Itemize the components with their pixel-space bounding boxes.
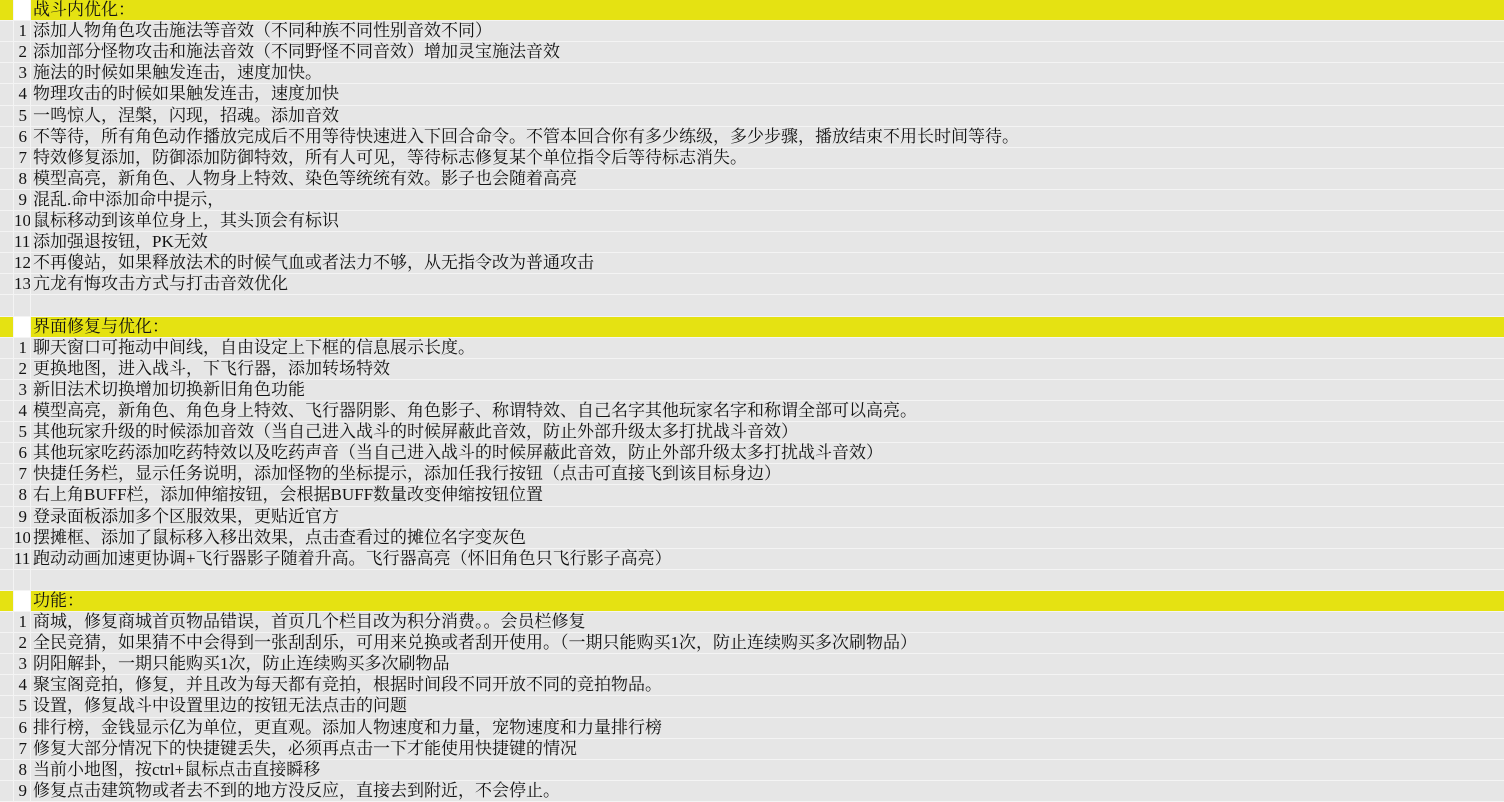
cell-content[interactable]: 物理攻击的时候如果触发连击，速度加快 [31, 84, 1504, 104]
empty-row [0, 295, 1504, 316]
sheet-row: 6 排行榜，金钱显示亿为单位，更直观。添加人物速度和力量，宠物速度和力量排行榜 [0, 718, 1504, 739]
row-number-cell[interactable]: 4 [14, 675, 31, 695]
row-number-cell[interactable]: 10 [14, 211, 31, 231]
cell-content[interactable] [31, 295, 1504, 315]
row-left-margin-cell[interactable] [0, 84, 14, 104]
row-number-cell[interactable]: 3 [14, 380, 31, 400]
sheet-row: 10 鼠标移动到该单位身上，其头顶会有标识 [0, 211, 1504, 232]
sheet-row: 7 特效修复添加，防御添加防御特效，所有人可见，等待标志修复某个单位指令后等待标… [0, 148, 1504, 169]
row-left-margin-cell[interactable] [0, 253, 14, 273]
sheet-row: 2 添加部分怪物攻击和施法音效（不同野怪不同音效）增加灵宝施法音效 [0, 42, 1504, 63]
row-number-cell[interactable]: 5 [14, 422, 31, 442]
row-left-margin-cell[interactable] [0, 739, 14, 759]
sheet-row: 5 设置，修复战斗中设置里边的按钮无法点击的问题 [0, 696, 1504, 717]
section-header-cell[interactable]: 功能： [31, 591, 1504, 611]
row-left-margin-cell[interactable] [0, 760, 14, 780]
row-left-margin-cell[interactable] [0, 0, 14, 20]
row-number-cell[interactable]: 6 [14, 127, 31, 147]
sheet-row: 2 全民竞猜，如果猜不中会得到一张刮刮乐，可用来兑换或者刮开使用。（一期只能购买… [0, 633, 1504, 654]
cell-content[interactable]: 添加部分怪物攻击和施法音效（不同野怪不同音效）增加灵宝施法音效 [31, 42, 1504, 62]
row-number-cell[interactable]: 1 [14, 338, 31, 358]
row-left-margin-cell[interactable] [0, 633, 14, 653]
row-left-margin-cell[interactable] [0, 591, 14, 611]
row-number-cell[interactable]: 4 [14, 401, 31, 421]
row-number-cell[interactable] [14, 317, 31, 337]
row-left-margin-cell[interactable] [0, 675, 14, 695]
row-left-margin-cell[interactable] [0, 507, 14, 527]
row-number-cell[interactable]: 10 [14, 528, 31, 548]
cell-content[interactable]: 鼠标移动到该单位身上，其头顶会有标识 [31, 211, 1504, 231]
row-number-cell[interactable] [14, 295, 31, 315]
row-left-margin-cell[interactable] [0, 696, 14, 716]
cell-content[interactable]: 不等待，所有角色动作播放完成后不用等待快速进入下回合命令。不管本回合你有多少练级… [31, 127, 1504, 147]
cell-content[interactable]: 修复大部分情况下的快捷键丢失，必须再点击一下才能使用快捷键的情况 [31, 739, 1504, 759]
cell-content[interactable]: 阴阳解卦，一期只能购买1次，防止连续购买多次刷物品 [31, 654, 1504, 674]
row-number-cell[interactable]: 5 [14, 696, 31, 716]
row-number-cell[interactable]: 11 [14, 549, 31, 569]
row-number-cell[interactable]: 3 [14, 654, 31, 674]
row-number-cell[interactable]: 2 [14, 359, 31, 379]
sheet-row: 1 商城，修复商城首页物品错误，首页几个栏目改为积分消费。。会员栏修复 [0, 612, 1504, 633]
row-number-cell[interactable]: 1 [14, 612, 31, 632]
row-number-cell[interactable]: 8 [14, 485, 31, 505]
row-number-cell[interactable]: 11 [14, 232, 31, 252]
row-left-margin-cell[interactable] [0, 169, 14, 189]
row-left-margin-cell[interactable] [0, 718, 14, 738]
row-left-margin-cell[interactable] [0, 211, 14, 231]
cell-content[interactable]: 亢龙有悔攻击方式与打击音效优化 [31, 274, 1504, 294]
cell-content[interactable]: 不再傻站，如果释放法术的时候气血或者法力不够，从无指令改为普通攻击 [31, 253, 1504, 273]
section-header-cell[interactable]: 界面修复与优化： [31, 317, 1504, 337]
cell-content[interactable]: 添加强退按钮，PK无效 [31, 232, 1504, 252]
row-left-margin-cell[interactable] [0, 359, 14, 379]
sheet-row: 13 亢龙有悔攻击方式与打击音效优化 [0, 274, 1504, 295]
sheet-row: 7 快捷任务栏，显示任务说明，添加怪物的坐标提示，添加任我行按钮（点击可直接飞到… [0, 464, 1504, 485]
sheet-row: 12 不再傻站，如果释放法术的时候气血或者法力不够，从无指令改为普通攻击 [0, 253, 1504, 274]
row-left-margin-cell[interactable] [0, 232, 14, 252]
sheet-row: 4 模型高亮，新角色、角色身上特效、飞行器阴影、角色影子、称谓特效、自己名字其他… [0, 401, 1504, 422]
sheet-row: 1 添加人物角色攻击施法等音效（不同种族不同性别音效不同） [0, 21, 1504, 42]
row-number-cell[interactable]: 6 [14, 718, 31, 738]
cell-content[interactable]: 其他玩家升级的时候添加音效（当自己进入战斗的时候屏蔽此音效，防止外部升级太多打扰… [31, 422, 1504, 442]
sheet-row: 9 修复点击建筑物或者去不到的地方没反应，直接去到附近，不会停止。 [0, 781, 1504, 802]
cell-content[interactable]: 添加人物角色攻击施法等音效（不同种族不同性别音效不同） [31, 21, 1504, 41]
cell-content[interactable]: 登录面板添加多个区服效果，更贴近官方 [31, 507, 1504, 527]
section-header-row: 界面修复与优化： [0, 317, 1504, 338]
sheet-row: 8 模型高亮，新角色、人物身上特效、染色等统统有效。影子也会随着高亮 [0, 169, 1504, 190]
row-left-margin-cell[interactable] [0, 190, 14, 210]
row-left-margin-cell[interactable] [0, 106, 14, 126]
cell-content[interactable]: 施法的时候如果触发连击，速度加快。 [31, 63, 1504, 83]
row-left-margin-cell[interactable] [0, 485, 14, 505]
row-number-cell[interactable]: 5 [14, 106, 31, 126]
row-number-cell[interactable]: 12 [14, 253, 31, 273]
row-left-margin-cell[interactable] [0, 295, 14, 315]
sheet-row: 3 新旧法术切换增加切换新旧角色功能 [0, 380, 1504, 401]
spreadsheet: 战斗内优化： 1 添加人物角色攻击施法等音效（不同种族不同性别音效不同） 2 添… [0, 0, 1504, 802]
row-number-cell[interactable]: 6 [14, 443, 31, 463]
section-header-row: 战斗内优化： [0, 0, 1504, 21]
row-number-cell[interactable] [14, 570, 31, 590]
row-left-margin-cell[interactable] [0, 127, 14, 147]
cell-content[interactable]: 更换地图，进入战斗，下飞行器，添加转场特效 [31, 359, 1504, 379]
row-left-margin-cell[interactable] [0, 338, 14, 358]
cell-content[interactable]: 新旧法术切换增加切换新旧角色功能 [31, 380, 1504, 400]
sheet-row: 7 修复大部分情况下的快捷键丢失，必须再点击一下才能使用快捷键的情况 [0, 739, 1504, 760]
row-left-margin-cell[interactable] [0, 528, 14, 548]
cell-content[interactable]: 跑动动画加速更协调+飞行器影子随着升高。飞行器高亮（怀旧角色只飞行影子高亮） [31, 549, 1504, 569]
row-left-margin-cell[interactable] [0, 274, 14, 294]
cell-content[interactable]: 特效修复添加，防御添加防御特效，所有人可见，等待标志修复某个单位指令后等待标志消… [31, 148, 1504, 168]
row-number-cell[interactable]: 13 [14, 274, 31, 294]
cell-content[interactable]: 全民竞猜，如果猜不中会得到一张刮刮乐，可用来兑换或者刮开使用。（一期只能购买1次… [31, 633, 1504, 653]
row-number-cell[interactable]: 9 [14, 507, 31, 527]
row-left-margin-cell[interactable] [0, 654, 14, 674]
section-header-cell[interactable]: 战斗内优化： [31, 0, 1504, 20]
row-number-cell[interactable] [14, 0, 31, 20]
sheet-row: 2 更换地图，进入战斗，下飞行器，添加转场特效 [0, 359, 1504, 380]
row-number-cell[interactable]: 8 [14, 760, 31, 780]
cell-content[interactable]: 设置，修复战斗中设置里边的按钮无法点击的问题 [31, 696, 1504, 716]
row-number-cell[interactable]: 9 [14, 781, 31, 801]
sheet-row: 11 跑动动画加速更协调+飞行器影子随着升高。飞行器高亮（怀旧角色只飞行影子高亮… [0, 549, 1504, 570]
row-left-margin-cell[interactable] [0, 781, 14, 801]
sheet-row: 11 添加强退按钮，PK无效 [0, 232, 1504, 253]
empty-row [0, 570, 1504, 591]
cell-content[interactable]: 排行榜，金钱显示亿为单位，更直观。添加人物速度和力量，宠物速度和力量排行榜 [31, 718, 1504, 738]
row-number-cell[interactable]: 4 [14, 84, 31, 104]
row-left-margin-cell[interactable] [0, 401, 14, 421]
row-number-cell[interactable]: 3 [14, 63, 31, 83]
section-header-row: 功能： [0, 591, 1504, 612]
sheet-row: 8 当前小地图，按ctrl+鼠标点击直接瞬移 [0, 760, 1504, 781]
sheet-row: 9 登录面板添加多个区服效果，更贴近官方 [0, 507, 1504, 528]
cell-content[interactable]: 当前小地图，按ctrl+鼠标点击直接瞬移 [31, 760, 1504, 780]
row-left-margin-cell[interactable] [0, 422, 14, 442]
row-number-cell[interactable]: 2 [14, 633, 31, 653]
cell-content[interactable]: 聚宝阁竞拍，修复，并且改为每天都有竞拍，根据时间段不同开放不同的竞拍物品。 [31, 675, 1504, 695]
sheet-row: 5 其他玩家升级的时候添加音效（当自己进入战斗的时候屏蔽此音效，防止外部升级太多… [0, 422, 1504, 443]
sheet-row: 3 施法的时候如果触发连击，速度加快。 [0, 63, 1504, 84]
cell-content[interactable]: 聊天窗口可拖动中间线，自由设定上下框的信息展示长度。 [31, 338, 1504, 358]
sheet-row: 4 物理攻击的时候如果触发连击，速度加快 [0, 84, 1504, 105]
sheet-row: 3 阴阳解卦，一期只能购买1次，防止连续购买多次刷物品 [0, 654, 1504, 675]
sheet-row: 9 混乱.命中添加命中提示， [0, 190, 1504, 211]
row-number-cell[interactable]: 7 [14, 464, 31, 484]
row-left-margin-cell[interactable] [0, 443, 14, 463]
cell-content[interactable]: 摆摊框、添加了鼠标移入移出效果，点击查看过的摊位名字变灰色 [31, 528, 1504, 548]
cell-content[interactable]: 快捷任务栏，显示任务说明，添加怪物的坐标提示，添加任我行按钮（点击可直接飞到该目… [31, 464, 1504, 484]
cell-content[interactable]: 修复点击建筑物或者去不到的地方没反应，直接去到附近，不会停止。 [31, 781, 1504, 801]
row-left-margin-cell[interactable] [0, 42, 14, 62]
cell-content[interactable]: 其他玩家吃药添加吃药特效以及吃药声音（当自己进入战斗的时候屏蔽此音效，防止外部升… [31, 443, 1504, 463]
cell-content[interactable]: 右上角BUFF栏，添加伸缩按钮，会根据BUFF数量改变伸缩按钮位置 [31, 485, 1504, 505]
row-left-margin-cell[interactable] [0, 21, 14, 41]
cell-content[interactable]: 模型高亮，新角色、人物身上特效、染色等统统有效。影子也会随着高亮 [31, 169, 1504, 189]
row-number-cell[interactable]: 7 [14, 148, 31, 168]
sheet-row: 10 摆摊框、添加了鼠标移入移出效果，点击查看过的摊位名字变灰色 [0, 528, 1504, 549]
row-left-margin-cell[interactable] [0, 380, 14, 400]
cell-content[interactable]: 一鸣惊人，涅槃，闪现，招魂。添加音效 [31, 106, 1504, 126]
row-left-margin-cell[interactable] [0, 549, 14, 569]
row-number-cell[interactable] [14, 591, 31, 611]
sheet-row: 6 不等待，所有角色动作播放完成后不用等待快速进入下回合命令。不管本回合你有多少… [0, 127, 1504, 148]
row-number-cell[interactable]: 9 [14, 190, 31, 210]
cell-content[interactable]: 模型高亮，新角色、角色身上特效、飞行器阴影、角色影子、称谓特效、自己名字其他玩家… [31, 401, 1504, 421]
row-left-margin-cell[interactable] [0, 63, 14, 83]
sheet-row: 5 一鸣惊人，涅槃，闪现，招魂。添加音效 [0, 106, 1504, 127]
row-left-margin-cell[interactable] [0, 464, 14, 484]
row-number-cell[interactable]: 7 [14, 739, 31, 759]
row-left-margin-cell[interactable] [0, 612, 14, 632]
sheet-row: 8 右上角BUFF栏，添加伸缩按钮，会根据BUFF数量改变伸缩按钮位置 [0, 485, 1504, 506]
row-left-margin-cell[interactable] [0, 317, 14, 337]
row-left-margin-cell[interactable] [0, 148, 14, 168]
row-number-cell[interactable]: 8 [14, 169, 31, 189]
row-left-margin-cell[interactable] [0, 570, 14, 590]
cell-content[interactable]: 商城，修复商城首页物品错误，首页几个栏目改为积分消费。。会员栏修复 [31, 612, 1504, 632]
sheet-row: 6 其他玩家吃药添加吃药特效以及吃药声音（当自己进入战斗的时候屏蔽此音效，防止外… [0, 443, 1504, 464]
cell-content[interactable] [31, 570, 1504, 590]
sheet-row: 1 聊天窗口可拖动中间线，自由设定上下框的信息展示长度。 [0, 338, 1504, 359]
sheet-row: 4 聚宝阁竞拍，修复，并且改为每天都有竞拍，根据时间段不同开放不同的竞拍物品。 [0, 675, 1504, 696]
cell-content[interactable]: 混乱.命中添加命中提示， [31, 190, 1504, 210]
row-number-cell[interactable]: 1 [14, 21, 31, 41]
row-number-cell[interactable]: 2 [14, 42, 31, 62]
